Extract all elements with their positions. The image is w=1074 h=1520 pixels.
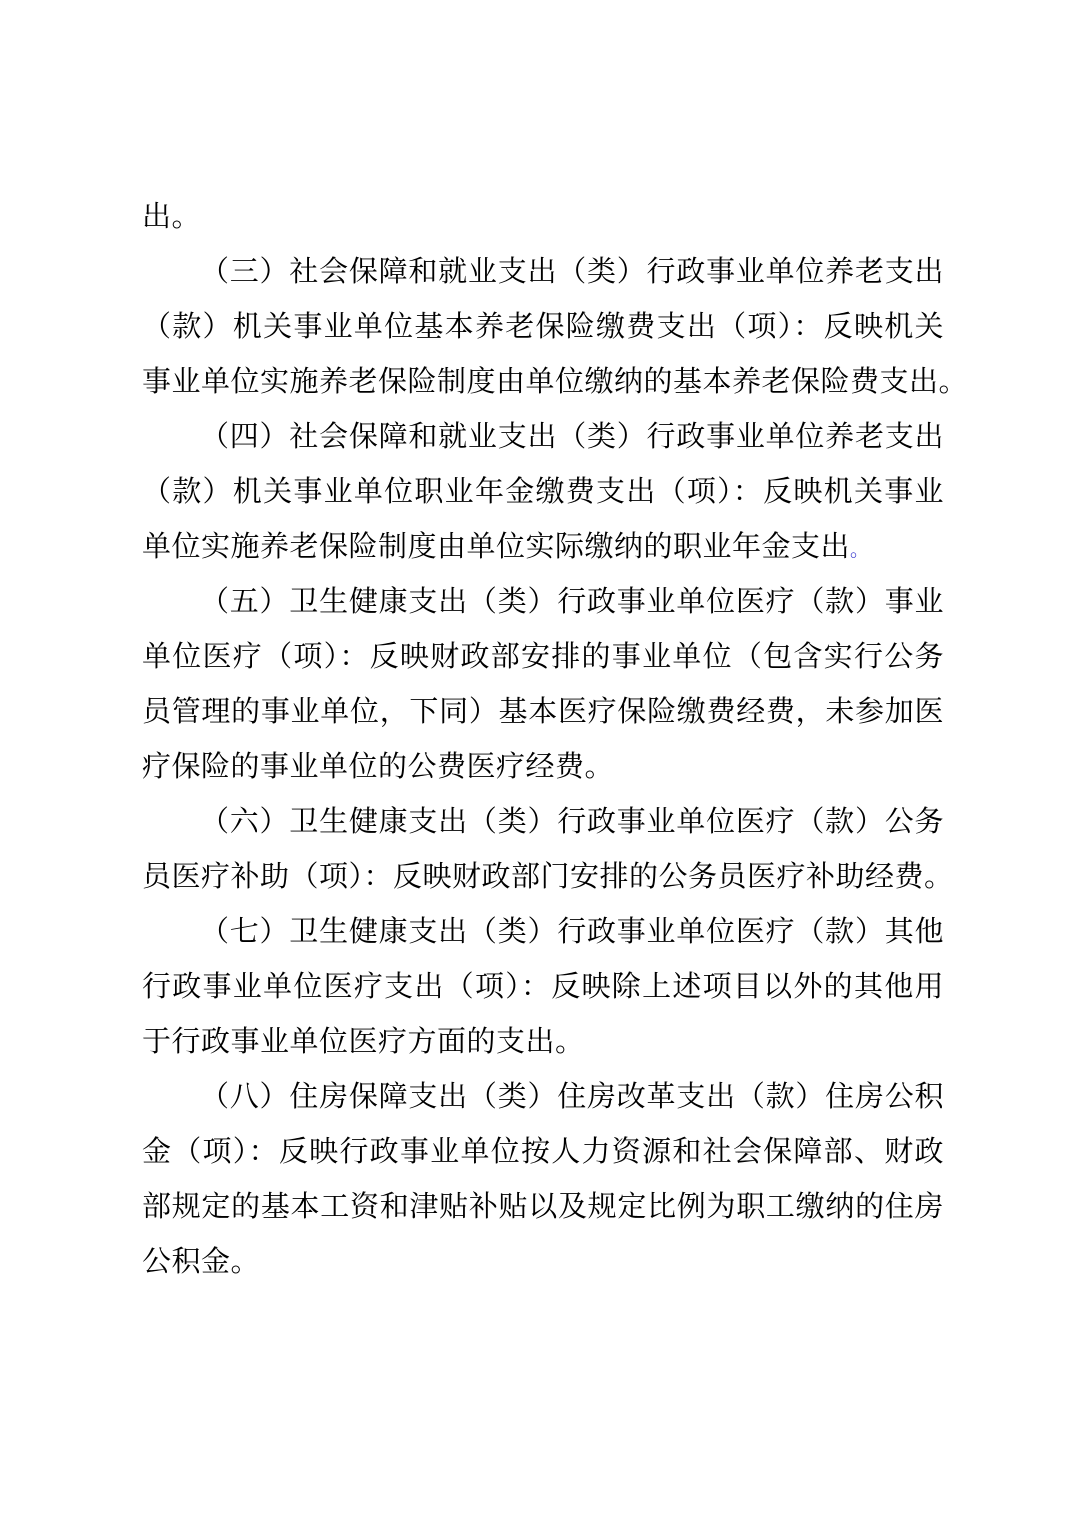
text-line: 事业单位实施养老保险制度由单位缴纳的基本养老保险费支出。 — [142, 355, 944, 410]
text-line: 员管理的事业单位，下同）基本医疗保险缴费经费，未参加医 — [142, 685, 944, 740]
paragraph-item-4: （四）社会保障和就业支出（类）行政事业单位养老支出 （款）机关事业单位职业年金缴… — [142, 410, 944, 575]
text-segment: 单位实施养老保险制度由单位实际缴纳的职业年金支出 — [142, 531, 850, 563]
paragraph-item-7: （七）卫生健康支出（类）行政事业单位医疗（款）其他 行政事业单位医疗支出（项）：… — [142, 905, 944, 1070]
paragraph-item-5: （五）卫生健康支出（类）行政事业单位医疗（款）事业 单位医疗（项）：反映财政部安… — [142, 575, 944, 795]
text-line: 出。 — [142, 190, 944, 245]
text-line: （款）机关事业单位基本养老保险缴费支出（项）：反映机关 — [142, 300, 944, 355]
paragraph-item-3: （三）社会保障和就业支出（类）行政事业单位养老支出 （款）机关事业单位基本养老保… — [142, 245, 944, 410]
text-line: （三）社会保障和就业支出（类）行政事业单位养老支出 — [142, 245, 944, 300]
paragraph-item-8: （八）住房保障支出（类）住房改革支出（款）住房公积 金（项）：反映行政事业单位按… — [142, 1070, 944, 1290]
document-body: 出。 （三）社会保障和就业支出（类）行政事业单位养老支出 （款）机关事业单位基本… — [142, 190, 944, 1290]
text-line: 行政事业单位医疗支出（项）：反映除上述项目以外的其他用 — [142, 960, 944, 1015]
document-page: 出。 （三）社会保障和就业支出（类）行政事业单位养老支出 （款）机关事业单位基本… — [0, 0, 1074, 1520]
text-line: （七）卫生健康支出（类）行政事业单位医疗（款）其他 — [142, 905, 944, 960]
text-line: 单位实施养老保险制度由单位实际缴纳的职业年金支出。 — [142, 520, 944, 575]
text-line: （六）卫生健康支出（类）行政事业单位医疗（款）公务 — [142, 795, 944, 850]
paragraph-item-6: （六）卫生健康支出（类）行政事业单位医疗（款）公务 员医疗补助（项）：反映财政部… — [142, 795, 944, 905]
text-line: （八）住房保障支出（类）住房改革支出（款）住房公积 — [142, 1070, 944, 1125]
paragraph-continuation: 出。 — [142, 190, 944, 245]
text-line: 员医疗补助（项）：反映财政部门安排的公务员医疗补助经费。 — [142, 850, 944, 905]
blue-period: 。 — [850, 540, 870, 561]
text-line: （五）卫生健康支出（类）行政事业单位医疗（款）事业 — [142, 575, 944, 630]
text-line: 金（项）：反映行政事业单位按人力资源和社会保障部、财政 — [142, 1125, 944, 1180]
text-line: （四）社会保障和就业支出（类）行政事业单位养老支出 — [142, 410, 944, 465]
text-line: 疗保险的事业单位的公费医疗经费。 — [142, 740, 944, 795]
text-line: 单位医疗（项）：反映财政部安排的事业单位（包含实行公务 — [142, 630, 944, 685]
text-line: 公积金。 — [142, 1235, 944, 1290]
text-line: 部规定的基本工资和津贴补贴以及规定比例为职工缴纳的住房 — [142, 1180, 944, 1235]
text-line: 于行政事业单位医疗方面的支出。 — [142, 1015, 944, 1070]
text-line: （款）机关事业单位职业年金缴费支出（项）：反映机关事业 — [142, 465, 944, 520]
